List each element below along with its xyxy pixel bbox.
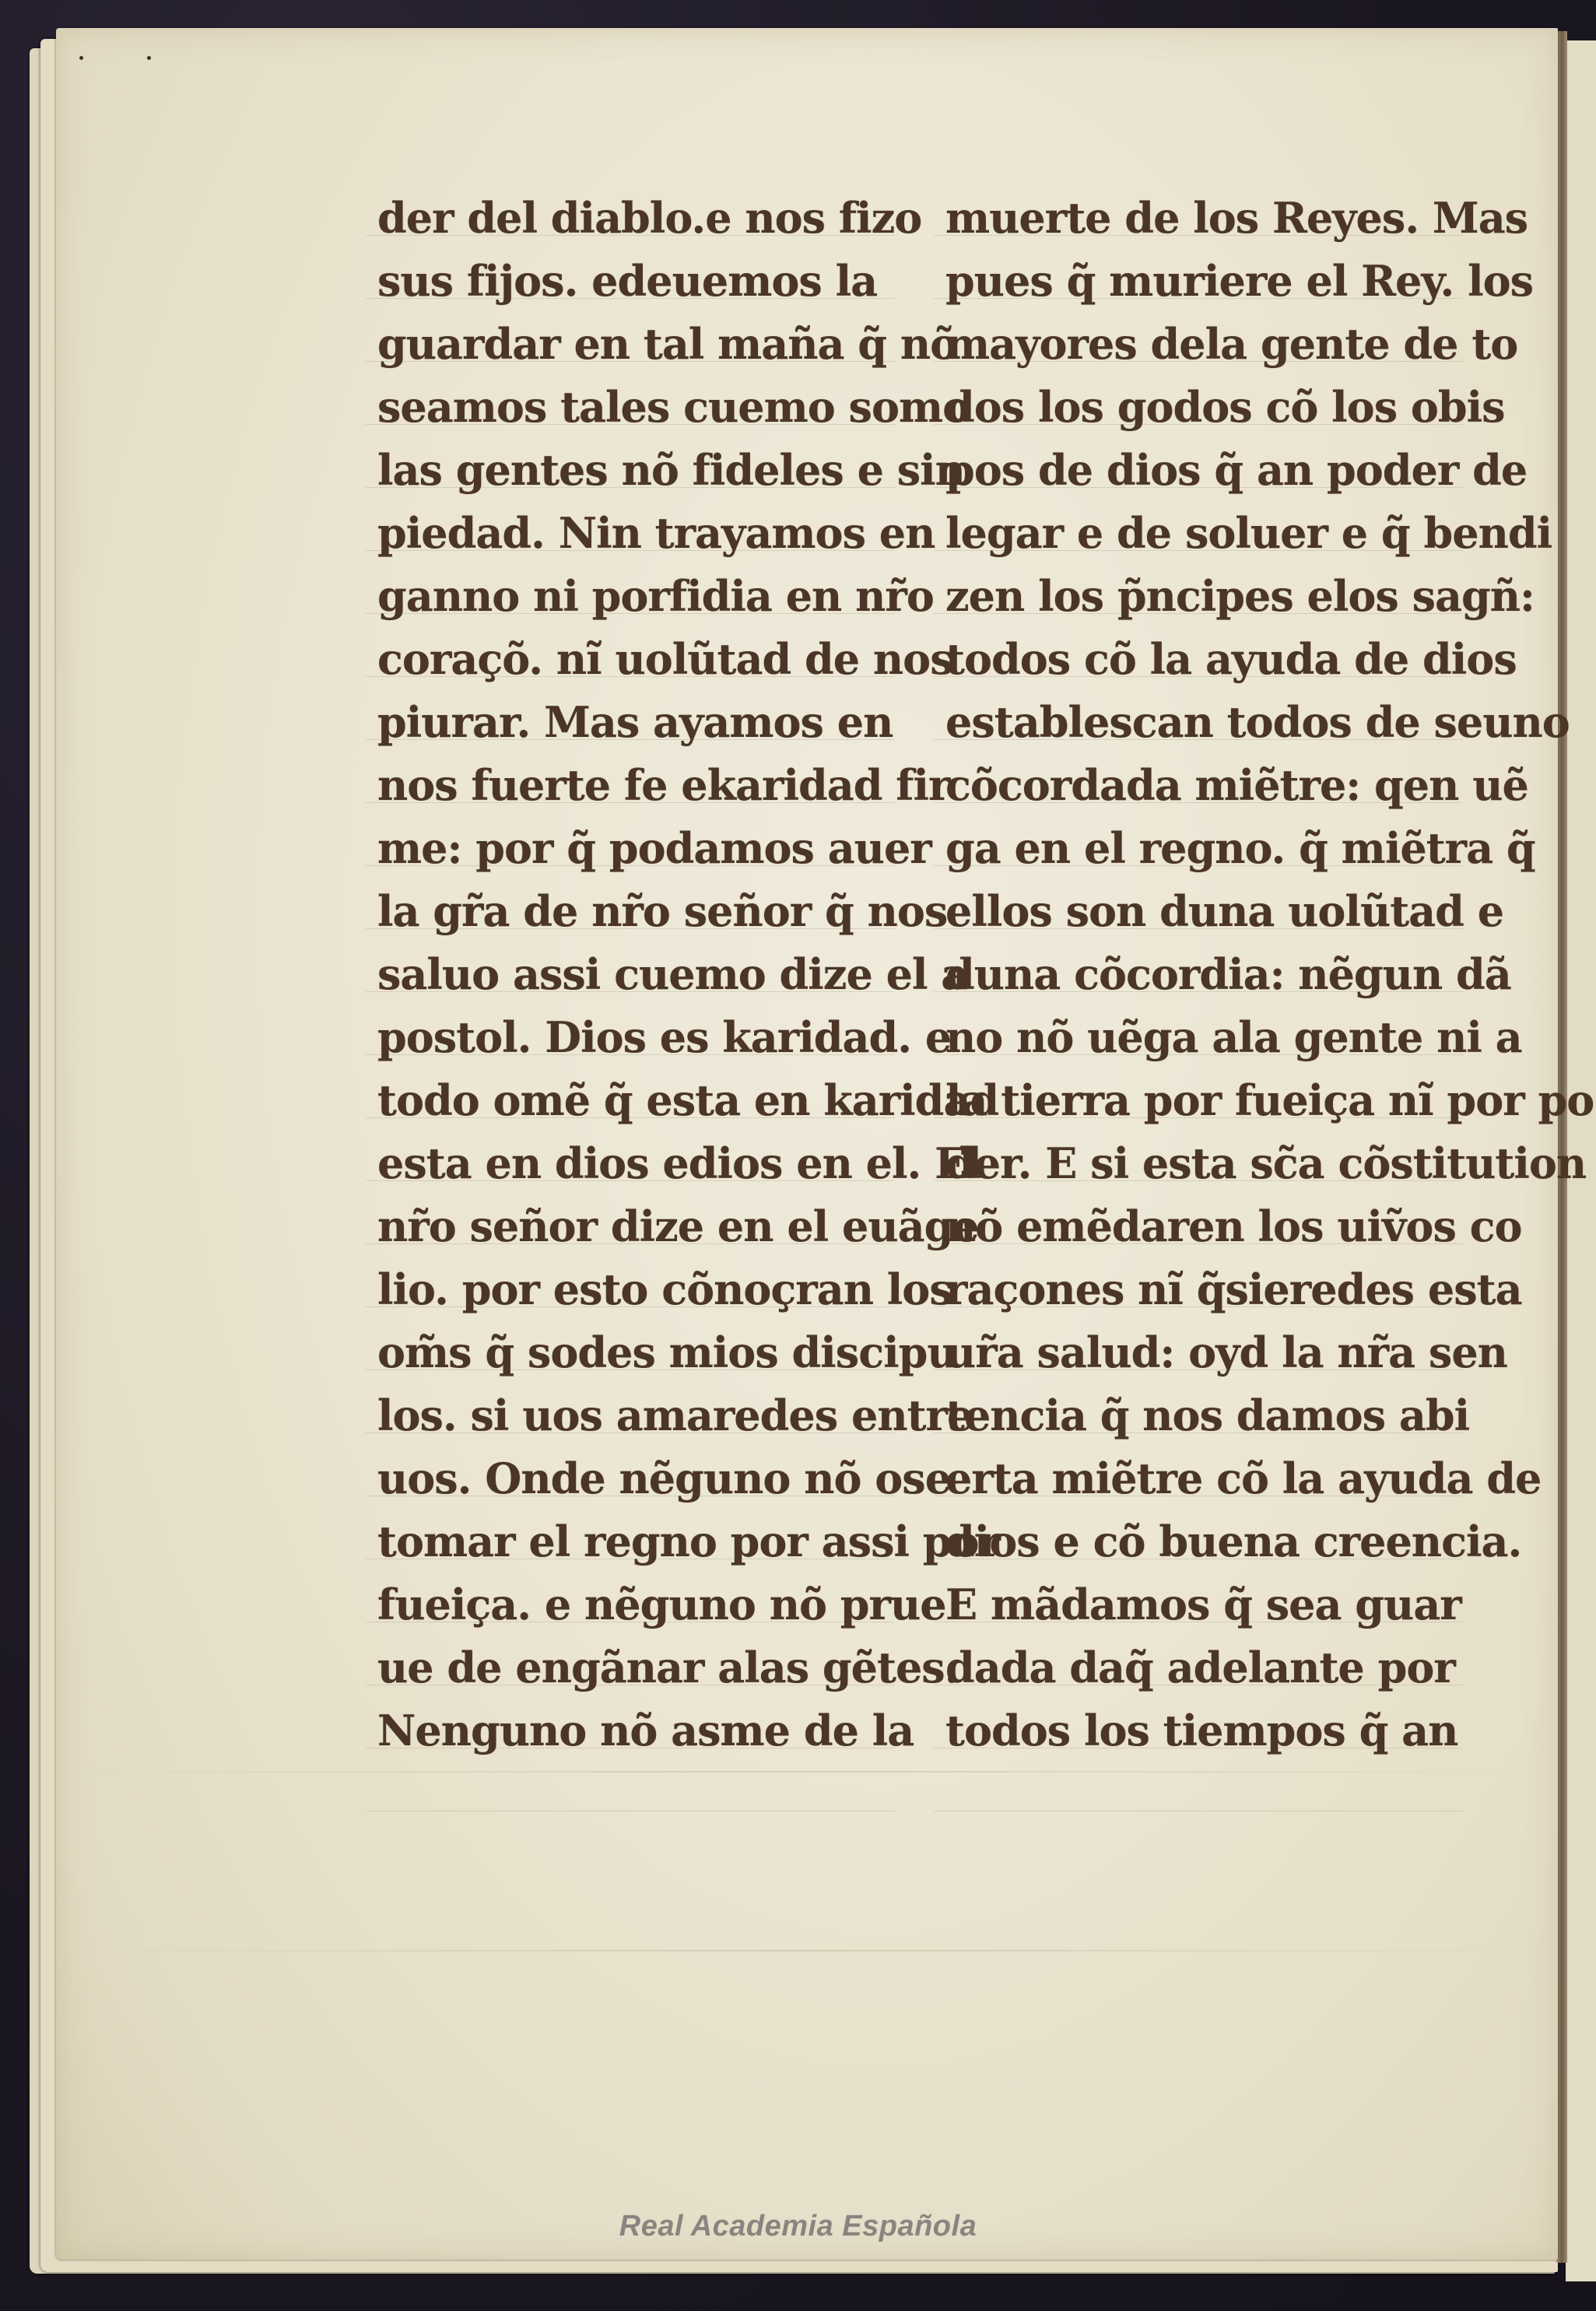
manuscript-line: piedad. Nin trayamos en	[377, 502, 875, 565]
manuscript-line: pues q̃ muriere el Rey. los	[945, 250, 1443, 313]
manuscript-line: establescan todos de seuno	[945, 691, 1443, 754]
manuscript-line: me: por q̃ podamos auer	[377, 817, 875, 880]
manuscript-line: postol. Dios es karidad. e	[377, 1006, 875, 1069]
manuscript-line: Nenguno nõ asme de la	[377, 1699, 875, 1762]
manuscript-line: ga en el regno. q̃ miẽtra q̃	[945, 817, 1443, 880]
manuscript-line: duna cõcordia: nẽgun dã	[945, 943, 1443, 1006]
manuscript-line: erta miẽtre cõ la ayuda de	[945, 1447, 1443, 1510]
page-crease	[56, 1771, 1558, 1773]
manuscript-line: nõ emẽdaren los uiṽos co	[945, 1195, 1443, 1258]
manuscript-line: pos de dios q̃ an poder de	[945, 439, 1443, 502]
manuscript-line: guardar en tal maña q̃ nõ	[377, 313, 875, 376]
ink-speck	[79, 56, 83, 60]
manuscript-line: piurar. Mas ayamos en	[377, 691, 875, 754]
page-crease	[56, 1950, 1558, 1952]
manuscript-line: ellos son duna uolũtad e	[945, 880, 1443, 943]
manuscript-line: nr̃o señor dize en el euãge	[377, 1195, 875, 1258]
manuscript-line: raçones nĩ q̃sieredes esta	[945, 1258, 1443, 1321]
manuscript-line: nos fuerte fe ekaridad fir	[377, 754, 875, 817]
manuscript-line: mayores dela gente de to	[945, 313, 1443, 376]
text-column-left: der del diablo.e nos fizo sus fijos. ede…	[377, 187, 875, 1762]
manuscript-line: der del diablo.e nos fizo	[377, 187, 875, 250]
manuscript-line: E mãdamos q̃ sea guar	[945, 1573, 1443, 1636]
manuscript-line: om̃s q̃ sodes mios discipu	[377, 1321, 875, 1384]
manuscript-line: todos los tiempos q̃ an	[945, 1699, 1443, 1762]
manuscript-line: cõcordada miẽtre: qen uẽ	[945, 754, 1443, 817]
watermark-label: Real Academia Española	[0, 2210, 1596, 2243]
manuscript-line: todo omẽ q̃ esta en karidad	[377, 1069, 875, 1132]
manuscript-line: no nõ uẽga ala gente ni a	[945, 1006, 1443, 1069]
ink-speck	[147, 56, 151, 60]
manuscript-line: tencia q̃ nos damos abi	[945, 1384, 1443, 1447]
manuscript-line: der. E si esta sc̃a cõstitution	[945, 1132, 1443, 1195]
ruling-line	[366, 1811, 895, 1811]
manuscript-line: coraçõ. nĩ uolũtad de nos	[377, 628, 875, 691]
manuscript-line: ur̃a salud: oyd la nr̃a sen	[945, 1321, 1443, 1384]
manuscript-line: muerte de los Reyes. Mas	[945, 187, 1443, 250]
manuscript-line: fueiça. e nẽguno nõ prue	[377, 1573, 875, 1636]
manuscript-line: ganno ni porfidia en nr̃o	[377, 565, 875, 628]
manuscript-line: seamos tales cuemo somo	[377, 376, 875, 439]
manuscript-line: uos. Onde nẽguno nõ ose	[377, 1447, 875, 1510]
manuscript-line: zen los p̃ncipes elos sagñ:	[945, 565, 1443, 628]
text-column-right: muerte de los Reyes. Mas pues q̃ muriere…	[945, 187, 1443, 1762]
manuscript-line: los. si uos amaredes entre	[377, 1384, 875, 1447]
manuscript-line: sus fijos. edeuemos la	[377, 250, 875, 313]
manuscript-line: lio. por esto cõnoçran los	[377, 1258, 875, 1321]
manuscript-line: legar e de soluer e q̃ bendi	[945, 502, 1443, 565]
manuscript-line: tomar el regno por assi por	[377, 1510, 875, 1573]
manuscript-line: saluo assi cuemo dize el a	[377, 943, 875, 1006]
manuscript-line: todos cõ la ayuda de dios	[945, 628, 1443, 691]
manuscript-line: las gentes nõ fideles e sin	[377, 439, 875, 502]
manuscript-line: ue de engãnar alas gẽtes.	[377, 1636, 875, 1699]
manuscript-line: dos los godos cõ los obis	[945, 376, 1443, 439]
manuscript-line: dada daq̃ adelante por	[945, 1636, 1443, 1699]
manuscript-line: la gr̃a de nr̃o señor q̃ nos	[377, 880, 875, 943]
ruling-line	[934, 1811, 1463, 1811]
manuscript-line: dios e cõ buena creencia.	[945, 1510, 1443, 1573]
manuscript-line: la tierra por fueiça nĩ por po	[945, 1069, 1443, 1132]
manuscript-line: esta en dios edios en el. El	[377, 1132, 875, 1195]
